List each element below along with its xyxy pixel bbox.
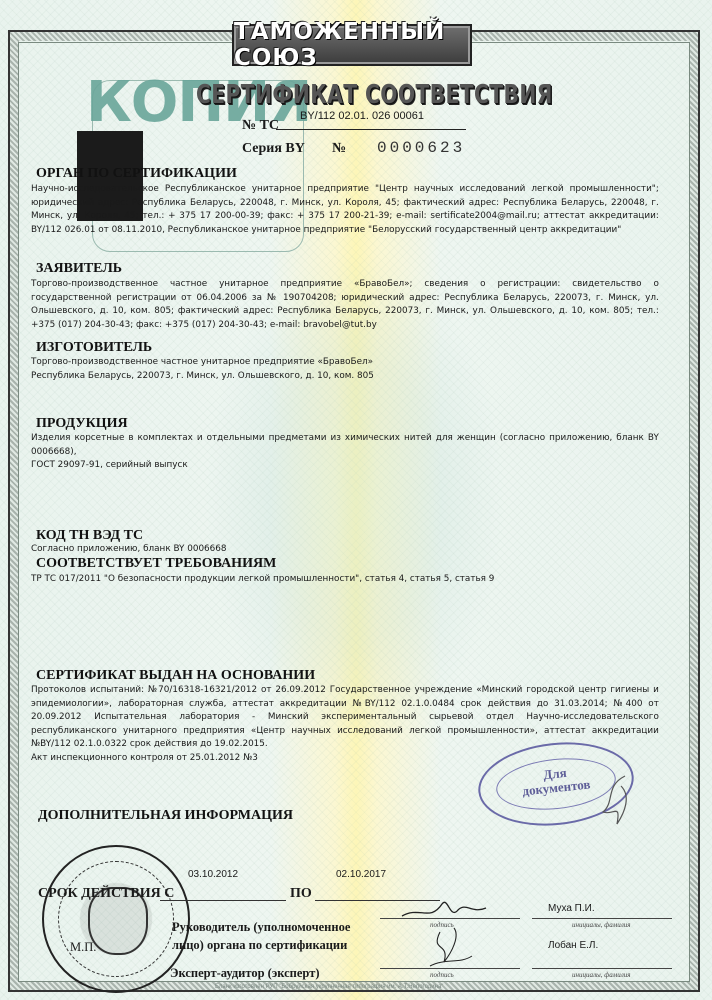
certification-body-heading: ОРГАН ПО СЕРТИФИКАЦИИ bbox=[36, 166, 237, 182]
official-round-seal bbox=[42, 845, 190, 993]
expert-name-line bbox=[532, 968, 672, 969]
printer-footer: Бланк изготовлен РУП "Бобруйская укрупне… bbox=[215, 984, 443, 990]
series-label: Серия BY bbox=[242, 141, 305, 157]
head-name-caption: инициалы, фамилия bbox=[572, 921, 631, 929]
certification-body-text: Научно-исследовательское Республиканское… bbox=[31, 182, 659, 236]
product-heading: ПРОДУКЦИЯ bbox=[36, 416, 128, 432]
requirements-heading: СООТВЕТСТВУЕТ ТРЕБОВАНИЯМ bbox=[36, 556, 276, 572]
tc-label: № ТС bbox=[242, 118, 279, 134]
expert-role: Эксперт-аудитор (эксперт) bbox=[170, 966, 320, 981]
basis-protocols: Протоколов испытаний: №70/16318-16321/20… bbox=[31, 683, 659, 751]
tc-underline bbox=[276, 129, 466, 130]
stamp-signature-scribble bbox=[595, 772, 635, 832]
hs-code-text: Согласно приложению, бланк BY 0006668 bbox=[31, 542, 659, 556]
applicant-text: Торгово-производственное частное унитарн… bbox=[31, 277, 659, 331]
manufacturer-name: Торгово-производственное частное унитарн… bbox=[31, 355, 659, 369]
signature-scribbles bbox=[400, 892, 490, 972]
applicant-heading: ЗАЯВИТЕЛЬ bbox=[36, 261, 122, 277]
validity-to-label: ПО bbox=[290, 886, 312, 902]
manufacturer-heading: ИЗГОТОВИТЕЛЬ bbox=[36, 340, 152, 356]
product-standard: ГОСТ 29097-91, серийный выпуск bbox=[31, 458, 659, 472]
manufacturer-text: Торгово-производственное частное унитарн… bbox=[31, 355, 659, 382]
additional-info-heading: ДОПОЛНИТЕЛЬНАЯ ИНФОРМАЦИЯ bbox=[38, 808, 293, 824]
seal-place-label: М.П. bbox=[70, 940, 96, 955]
head-name: Муха П.И. bbox=[548, 903, 595, 914]
product-description: Изделия корсетные в комплектах и отдельн… bbox=[31, 431, 659, 458]
tc-number: BY/112 02.01. 026 00061 bbox=[300, 110, 424, 122]
manufacturer-address: Республика Беларусь, 220073, г. Минск, у… bbox=[31, 369, 659, 383]
expert-signature-caption: подпись bbox=[430, 971, 454, 979]
hs-code-value: Согласно приложению, бланк BY 0006668 bbox=[31, 542, 659, 556]
applicant-paragraph: Торгово-производственное частное унитарн… bbox=[31, 277, 659, 331]
serial-number: 0000623 bbox=[377, 139, 465, 157]
basis-heading: СЕРТИФИКАТ ВЫДАН НА ОСНОВАНИИ bbox=[36, 668, 315, 684]
head-role-line-1: Руководитель (уполномоченное bbox=[172, 920, 350, 935]
validity-label: СРОК ДЕЙСТВИЯ С bbox=[38, 886, 174, 902]
valid-from-line bbox=[160, 900, 286, 901]
customs-union-title: ТАМОЖЕННЫЙ СОЮЗ bbox=[234, 19, 470, 71]
requirements-text: ТР ТС 017/2011 "О безопасности продукции… bbox=[31, 572, 659, 586]
expert-name-caption: инициалы, фамилия bbox=[572, 971, 631, 979]
product-text: Изделия корсетные в комплектах и отдельн… bbox=[31, 431, 659, 472]
requirements-value: ТР ТС 017/2011 "О безопасности продукции… bbox=[31, 572, 659, 586]
head-name-line bbox=[532, 918, 672, 919]
expert-name: Лобан Е.Л. bbox=[548, 940, 598, 951]
valid-from-date: 03.10.2012 bbox=[188, 869, 238, 880]
customs-union-banner: ТАМОЖЕННЫЙ СОЮЗ bbox=[232, 24, 472, 66]
certification-body-paragraph: Научно-исследовательское Республиканское… bbox=[31, 182, 659, 236]
number-label: № bbox=[332, 141, 346, 157]
valid-to-date: 02.10.2017 bbox=[336, 869, 386, 880]
head-role-line-2: лицо) органа по сертификации bbox=[172, 938, 347, 953]
certificate-title: СЕРТИФИКАТ СООТВЕТСТВИЯ bbox=[196, 80, 453, 110]
